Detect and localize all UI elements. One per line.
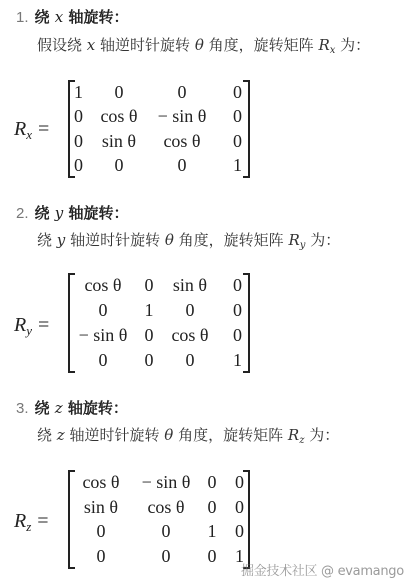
matrix-cell: 0 <box>70 300 136 321</box>
matrix-cell: 1 <box>218 350 246 371</box>
matrix-cell: cos θ <box>70 472 132 493</box>
matrix-cell: cos θ <box>90 106 148 127</box>
desc-text: 角度，旋转矩阵 <box>209 36 314 54</box>
matrix-cell: 1 <box>136 300 162 321</box>
desc-text: 角度，旋转矩阵 <box>178 426 283 444</box>
matrix-cell: cos θ <box>70 275 136 296</box>
axis-symbol: y <box>57 231 65 249</box>
matrix-symbol: R <box>14 510 26 532</box>
matrix-cell: cos θ <box>162 325 218 346</box>
matrix-cell: 0 <box>224 521 248 542</box>
section-3-description: 绕 z 轴逆时针旋转 θ 角度，旋转矩阵 Rz 为： <box>37 425 339 451</box>
watermark: 掘金技术社区 @ evamango <box>241 560 404 579</box>
list-number: 1. <box>16 9 29 26</box>
matrix-cell: 0 <box>218 300 246 321</box>
matrix-cell: sin θ <box>70 497 132 518</box>
desc-text: 为： <box>309 426 339 444</box>
matrix-cell: 0 <box>70 131 90 152</box>
desc-text: 为： <box>310 231 340 249</box>
matrix-symbol: R <box>318 36 329 54</box>
theta-symbol: θ <box>195 36 204 54</box>
theta-symbol: θ <box>165 231 174 249</box>
equation-label-rz: Rz= <box>14 510 49 535</box>
equation-label-ry: Ry= <box>14 314 49 339</box>
section-1-description: 假设绕 x 轴逆时针旋转 θ 角度，旋转矩阵 Rx 为： <box>37 35 370 61</box>
matrix-cell: 0 <box>132 546 200 567</box>
desc-text: 绕 <box>37 426 52 444</box>
axis-symbol: z <box>55 399 63 417</box>
axis-symbol: x <box>87 36 95 54</box>
matrix-cell: cos θ <box>132 497 200 518</box>
desc-text: 轴逆时针旋转 <box>70 231 160 249</box>
matrix-cell: 0 <box>224 472 248 493</box>
matrix-subscript: x <box>330 45 336 56</box>
heading-text: 轴旋转： <box>68 399 128 417</box>
matrix-cell: 0 <box>70 521 132 542</box>
theta-symbol: θ <box>164 426 173 444</box>
heading-text: 轴旋转： <box>68 204 128 222</box>
matrix-cell: 0 <box>218 275 246 296</box>
matrix-symbol: R <box>14 314 26 336</box>
matrix-cell: 0 <box>216 82 246 103</box>
matrix-symbol: R <box>288 426 299 444</box>
heading-text: 轴旋转： <box>68 8 128 26</box>
matrix-cell: 0 <box>136 275 162 296</box>
rotation-matrix-z: cos θ − sin θ 0 0 sin θ cos θ 0 0 0 0 1 … <box>68 470 250 569</box>
equals-sign: = <box>38 314 49 336</box>
matrix-cell: 0 <box>136 350 162 371</box>
matrix-cell: 0 <box>224 497 248 518</box>
desc-text: 假设绕 <box>37 36 82 54</box>
matrix-subscript: x <box>26 127 32 142</box>
matrix-cell: 0 <box>216 106 246 127</box>
equals-sign: = <box>37 510 48 532</box>
matrix-cell: 0 <box>70 350 136 371</box>
axis-symbol: z <box>57 426 65 444</box>
desc-text: 绕 <box>37 231 52 249</box>
equals-sign: = <box>38 118 49 140</box>
axis-symbol: x <box>55 8 63 26</box>
section-1-heading: 1.绕 x 轴旋转： <box>16 7 128 28</box>
matrix-cell: cos θ <box>148 131 216 152</box>
matrix-cell: 0 <box>148 82 216 103</box>
matrix-cell: 0 <box>90 82 148 103</box>
matrix-subscript: y <box>26 323 32 338</box>
matrix-cell: 0 <box>200 497 224 518</box>
matrix-cell: 1 <box>216 155 246 176</box>
matrix-cell: sin θ <box>90 131 148 152</box>
section-2-description: 绕 y 轴逆时针旋转 θ 角度，旋转矩阵 Ry 为： <box>37 230 340 256</box>
list-number: 3. <box>16 400 29 417</box>
matrix-cell: 0 <box>70 106 90 127</box>
list-number: 2. <box>16 205 29 222</box>
matrix-cell: − sin θ <box>132 472 200 493</box>
matrix-cell: 1 <box>200 521 224 542</box>
matrix-cell: 0 <box>200 546 224 567</box>
matrix-subscript: z <box>26 519 31 534</box>
rotation-matrix-x: 1 0 0 0 0 cos θ − sin θ 0 0 sin θ cos θ … <box>68 80 250 178</box>
matrix-cell: sin θ <box>162 275 218 296</box>
matrix-cell: 0 <box>148 155 216 176</box>
desc-text: 轴逆时针旋转 <box>100 36 190 54</box>
matrix-cell: 0 <box>218 325 246 346</box>
matrix-cell: − sin θ <box>148 106 216 127</box>
matrix-cell: 0 <box>162 300 218 321</box>
desc-text: 轴逆时针旋转 <box>69 426 159 444</box>
matrix-cell: 0 <box>216 131 246 152</box>
axis-symbol: y <box>55 204 63 222</box>
matrix-subscript: z <box>299 435 304 446</box>
matrix-cell: 0 <box>90 155 148 176</box>
matrix-cell: 0 <box>162 350 218 371</box>
matrix-cell: 0 <box>136 325 162 346</box>
heading-text: 绕 <box>35 399 50 417</box>
heading-text: 绕 <box>35 204 50 222</box>
matrix-cell: 0 <box>200 472 224 493</box>
matrix-cell: 0 <box>70 155 90 176</box>
matrix-symbol: R <box>14 118 26 140</box>
section-3-heading: 3.绕 z 轴旋转： <box>16 398 128 419</box>
matrix-cell: 0 <box>132 521 200 542</box>
matrix-cell: 0 <box>70 546 132 567</box>
matrix-subscript: y <box>300 240 306 251</box>
rotation-matrix-y: cos θ 0 sin θ 0 0 1 0 0 − sin θ 0 cos θ … <box>68 273 250 373</box>
matrix-symbol: R <box>288 231 299 249</box>
section-2-heading: 2.绕 y 轴旋转： <box>16 203 129 224</box>
heading-text: 绕 <box>35 8 50 26</box>
matrix-cell: 1 <box>70 82 90 103</box>
desc-text: 角度，旋转矩阵 <box>179 231 284 249</box>
desc-text: 为： <box>340 36 370 54</box>
equation-label-rx: Rx= <box>14 118 49 143</box>
matrix-cell: − sin θ <box>70 325 136 346</box>
